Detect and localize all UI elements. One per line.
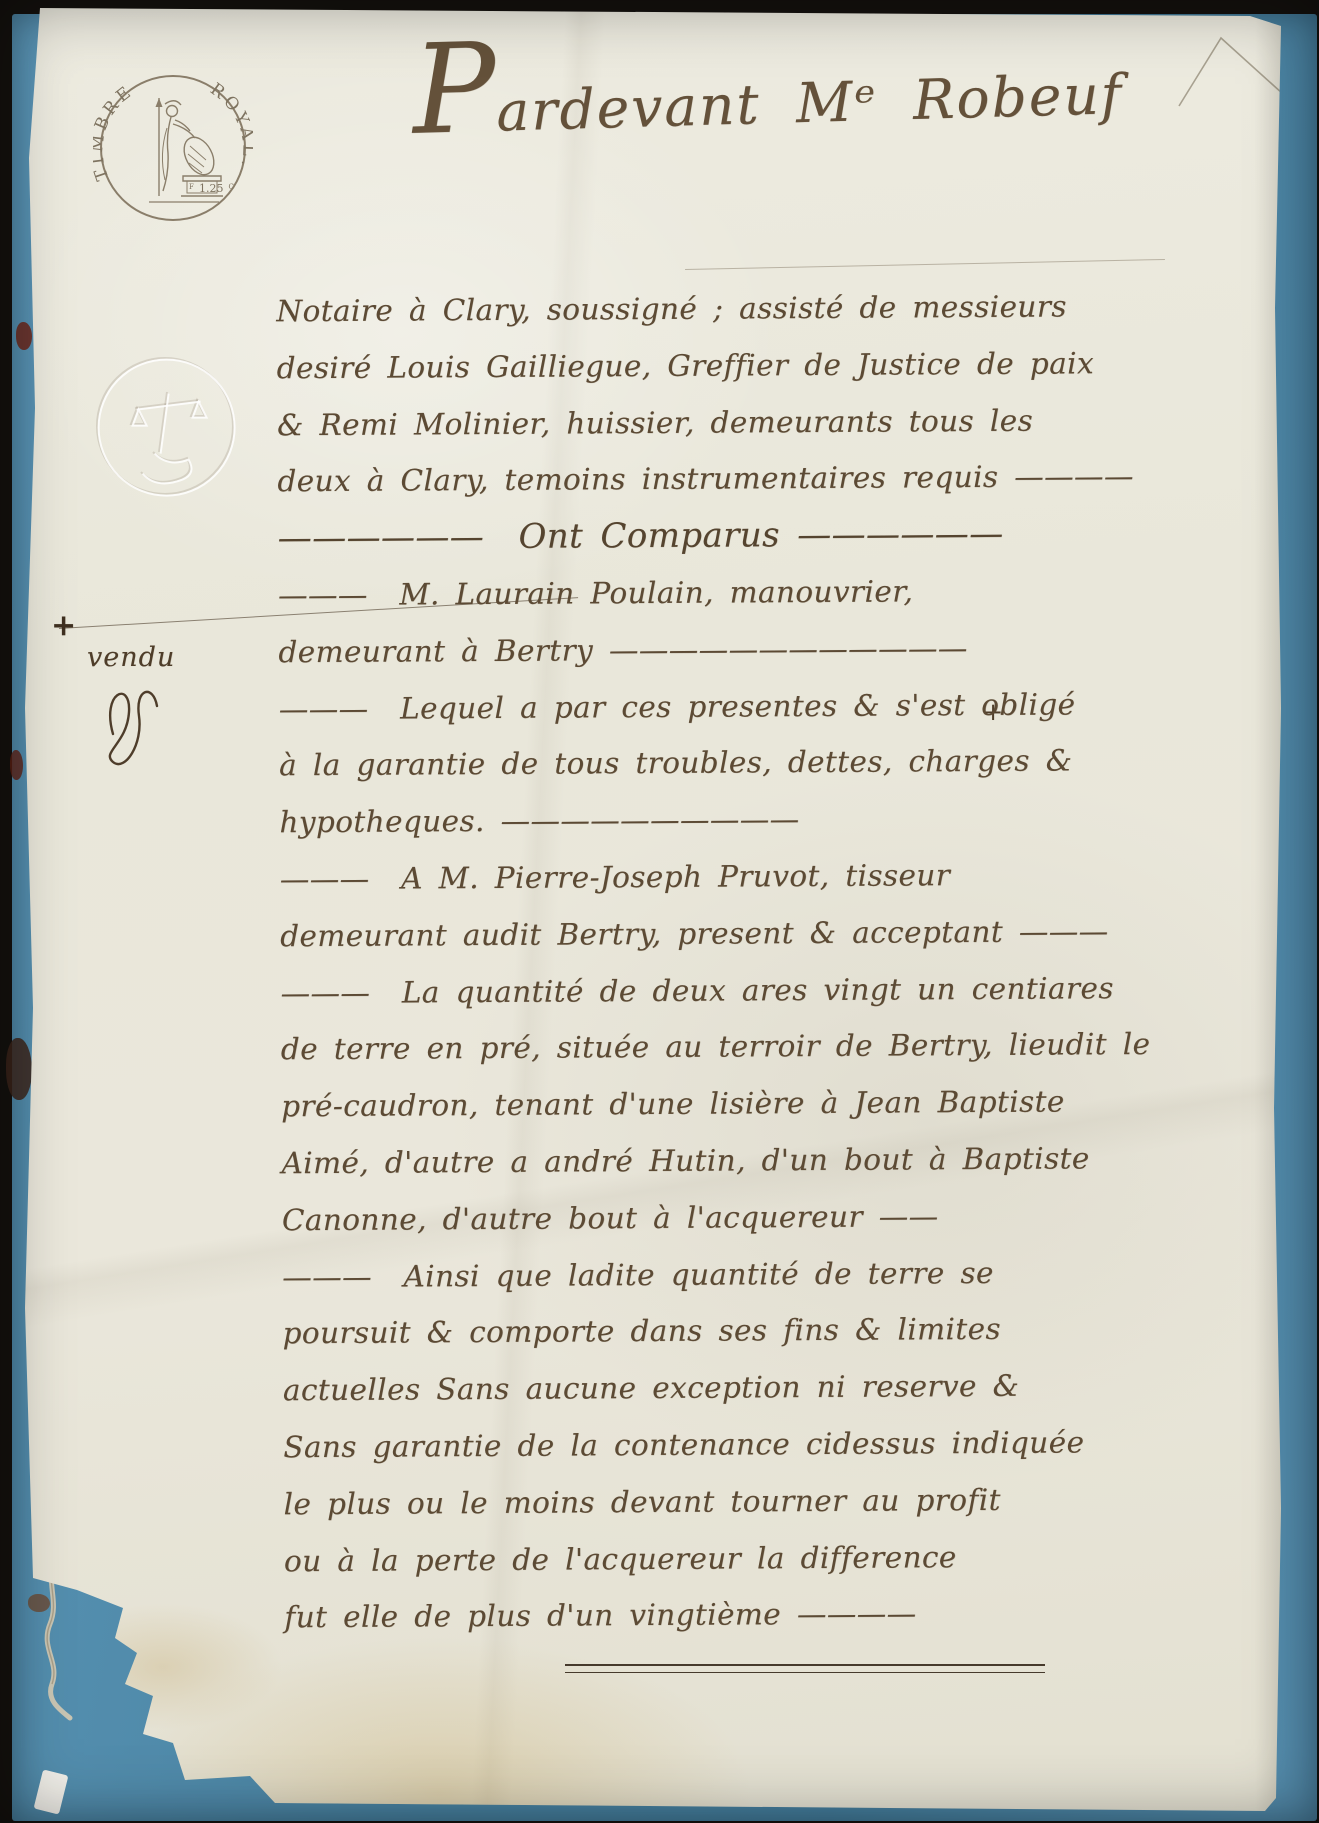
document-line-17: Canonne, d'autre bout à l'acquereur —— (282, 1199, 939, 1237)
document-line-18: ——— Ainsi que ladite quantité de terre s… (282, 1256, 994, 1294)
document-line-24: fut elle de plus d'un vingtième ———— (284, 1597, 916, 1635)
document-line-19: poursuit & comporte dans ses fins & limi… (282, 1312, 1001, 1350)
document-line-16: Aimé, d'autre a andré Hutin, d'un bout à… (281, 1141, 1089, 1180)
document-line-20: actuelles Sans aucune exception ni reser… (283, 1369, 1020, 1407)
document-line-2: desiré Louis Gailliegue, Greffier de Jus… (277, 346, 1095, 385)
ink-blot (10, 750, 23, 780)
document-line-22: le plus ou le moins devant tourner au pr… (284, 1483, 1001, 1521)
document-line-1: Notaire à Clary, soussigné ; assisté de … (276, 289, 1067, 328)
document-line-13: ——— La quantité de deux ares vingt un ce… (280, 971, 1114, 1010)
ink-blot (6, 1038, 32, 1100)
document-line-21: Sans garantie de la contenance cidessus … (283, 1425, 1084, 1464)
document-line-3: & Remi Molinier, huissier, demeurants to… (277, 403, 1033, 442)
document-line-11: ——— A M. Pierre-Joseph Pruvot, tisseur (280, 858, 951, 896)
document-line-9: à la garantie de tous troubles, dettes, … (279, 744, 1072, 783)
document-line-4: deux à Clary, temoins instrumentaires re… (277, 459, 1134, 498)
document-line-14: de terre en pré, située au terroir de Be… (281, 1027, 1151, 1066)
document-line-8: ——— Lequel a par ces presentes & s'est o… (279, 687, 1076, 726)
document-line-6: ——— M. Laurain Poulain, manouvrier, (278, 574, 913, 612)
ink-blot (16, 322, 32, 350)
document-page: TIMBRE ROYAL. (25, 8, 1281, 1811)
document-line-7: demeurant à Bertry ———————————— (278, 631, 967, 669)
document-line-5: —————— Ont Comparus —————— (278, 517, 1004, 555)
closing-double-rule (565, 1664, 1045, 1673)
document-line-15: pré-caudron, tenant d'une lisière à Jean… (281, 1085, 1065, 1124)
document-line-10: hypotheques. —————————— (279, 802, 799, 839)
document-line-12: demeurant audit Bertry, present & accept… (280, 914, 1109, 953)
scan-background: TIMBRE ROYAL. (0, 0, 1319, 1823)
document-lines: Notaire à Clary, soussigné ; assisté de … (20, 4, 1287, 1815)
document-line-23: ou à la perte de l'acquereur la differen… (284, 1540, 957, 1578)
